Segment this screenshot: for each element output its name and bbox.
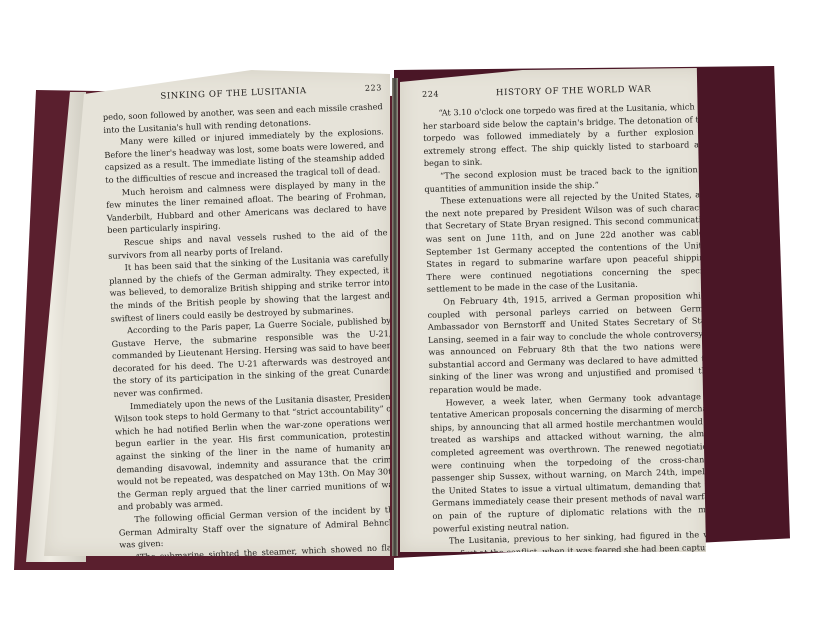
page-number: 223 bbox=[365, 83, 382, 93]
right-page-content: 224 HISTORY OF THE WORLD WAR “At 3.10 o'… bbox=[422, 83, 720, 598]
paragraph: It has been said that the sinking of the… bbox=[108, 251, 390, 325]
paragraph: Immediately upon the news of the Lusitan… bbox=[114, 390, 398, 514]
left-page-content: SINKING OF THE LUSITANIA 223 pedo, soon … bbox=[102, 83, 401, 589]
right-running-head: 224 HISTORY OF THE WORLD WAR bbox=[422, 83, 708, 100]
running-head-title: HISTORY OF THE WORLD WAR bbox=[439, 83, 708, 100]
page-number: 224 bbox=[422, 90, 439, 99]
paragraph: On February 4th, 1915, arrived a German … bbox=[427, 289, 715, 397]
book-gutter bbox=[392, 78, 398, 556]
paragraph: These extenuations were all rejected by … bbox=[425, 188, 713, 296]
left-page-body: pedo, soon followed by another, was seen… bbox=[103, 100, 401, 589]
paragraph: According to the Paris paper, La Guerre … bbox=[111, 314, 394, 400]
right-page: 224 HISTORY OF THE WORLD WAR “At 3.10 o'… bbox=[400, 68, 706, 552]
right-page-body: “At 3.10 o'clock one torpedo was fired a… bbox=[422, 100, 720, 598]
paragraph: However, a week later, when Germany took… bbox=[429, 390, 718, 535]
paragraph: The Lusitania, previous to her sinking, … bbox=[433, 528, 720, 598]
left-page: SINKING OF THE LUSITANIA 223 pedo, soon … bbox=[44, 70, 390, 556]
paragraph: “At 3.10 o'clock one torpedo was fired a… bbox=[422, 100, 709, 170]
running-head-title: SINKING OF THE LUSITANIA bbox=[102, 84, 365, 104]
